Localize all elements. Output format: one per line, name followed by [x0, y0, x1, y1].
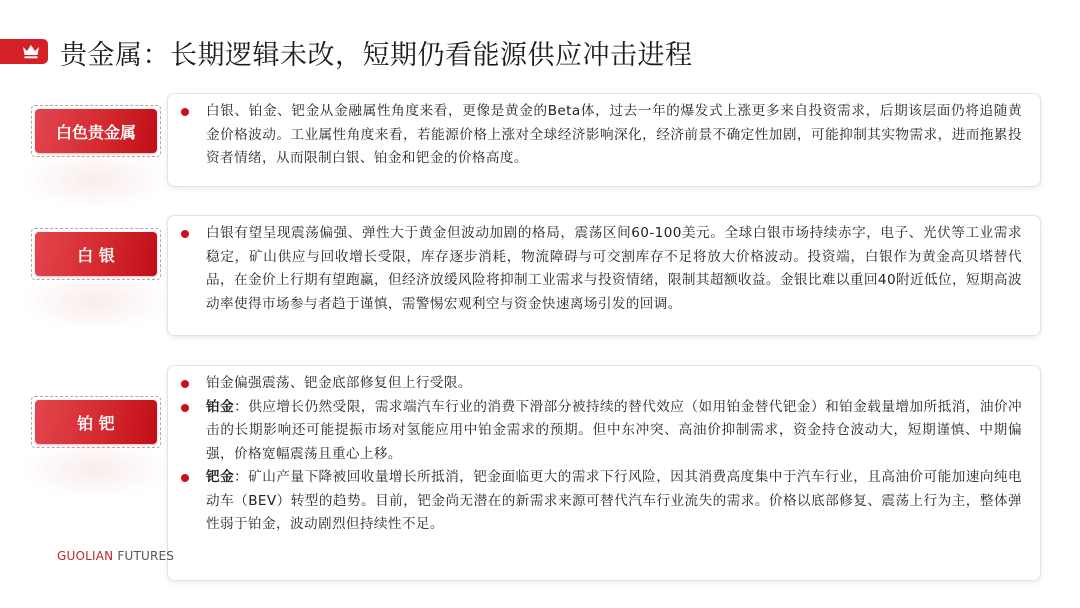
- section-tag-label: 铂 钯: [35, 400, 157, 444]
- bullet-dot-icon: [181, 404, 189, 412]
- tag-glow: [20, 440, 170, 500]
- tag-glow: [20, 272, 170, 332]
- bullet-dot-icon: [181, 230, 189, 238]
- paragraph-text: 白银有望呈现震荡偏强、弹性大于黄金但波动加剧的格局，震荡区间60-100美元。全…: [206, 225, 1022, 312]
- bullet-paragraph: 白银、铂金、钯金从金融属性角度来看，更像是黄金的Beta体，过去一年的爆发式上涨…: [206, 100, 1022, 171]
- section-tag-label: 白 银: [35, 232, 157, 276]
- tag-glow: [20, 150, 170, 210]
- bullet-paragraph-platinum: 铂金：供应增长仍然受限，需求端汽车行业的消费下滑部分被持续的替代效应（如用铂金替…: [206, 396, 1022, 467]
- title-badge: [0, 39, 48, 64]
- crown-icon: [22, 44, 40, 59]
- paragraph-bold-lead: 铂金: [206, 399, 234, 415]
- section-card-silver: 白银有望呈现震荡偏强、弹性大于黄金但波动加剧的格局，震荡区间60-100美元。全…: [167, 215, 1041, 336]
- paragraph-text: 铂金偏强震荡、钯金底部修复但上行受限。: [206, 375, 472, 391]
- brand-name-part1: GUOLIAN: [57, 549, 113, 563]
- section-tag-platinum-palladium: 铂 钯: [31, 396, 161, 448]
- section-tag-label: 白色贵金属: [35, 109, 157, 153]
- paragraph-text: ：供应增长仍然受限，需求端汽车行业的消费下滑部分被持续的替代效应（如用铂金替代钯…: [206, 399, 1022, 462]
- bullet-dot-icon: [181, 380, 189, 388]
- section-card-platinum-palladium: 铂金偏强震荡、钯金底部修复但上行受限。 铂金：供应增长仍然受限，需求端汽车行业的…: [167, 365, 1041, 581]
- bullet-paragraph-palladium: 钯金：矿山产量下降被回收量增长所抵消，钯金面临更大的需求下行风险，因其消费高度集…: [206, 466, 1022, 537]
- paragraph-bold-lead: 钯金: [206, 469, 234, 485]
- section-tag-silver: 白 银: [31, 228, 161, 280]
- bullet-paragraph: 白银有望呈现震荡偏强、弹性大于黄金但波动加剧的格局，震荡区间60-100美元。全…: [206, 222, 1022, 316]
- bullet-dot-icon: [181, 474, 189, 482]
- paragraph-text: ：矿山产量下降被回收量增长所抵消，钯金面临更大的需求下行风险，因其消费高度集中于…: [206, 469, 1022, 532]
- section-card-white-precious-metals: 白银、铂金、钯金从金融属性角度来看，更像是黄金的Beta体，过去一年的爆发式上涨…: [167, 93, 1041, 187]
- page-title: 贵金属：长期逻辑未改，短期仍看能源供应冲击进程: [60, 33, 693, 72]
- brand-name-part2: FUTURES: [113, 549, 174, 563]
- bullet-paragraph: 铂金偏强震荡、钯金底部修复但上行受限。: [206, 372, 1022, 396]
- paragraph-text: 白银、铂金、钯金从金融属性角度来看，更像是黄金的Beta体，过去一年的爆发式上涨…: [206, 103, 1022, 166]
- footer-brand-logo: GUOLIAN FUTURES: [57, 549, 174, 563]
- bullet-dot-icon: [181, 108, 189, 116]
- section-tag-white-precious-metals: 白色贵金属: [31, 105, 161, 157]
